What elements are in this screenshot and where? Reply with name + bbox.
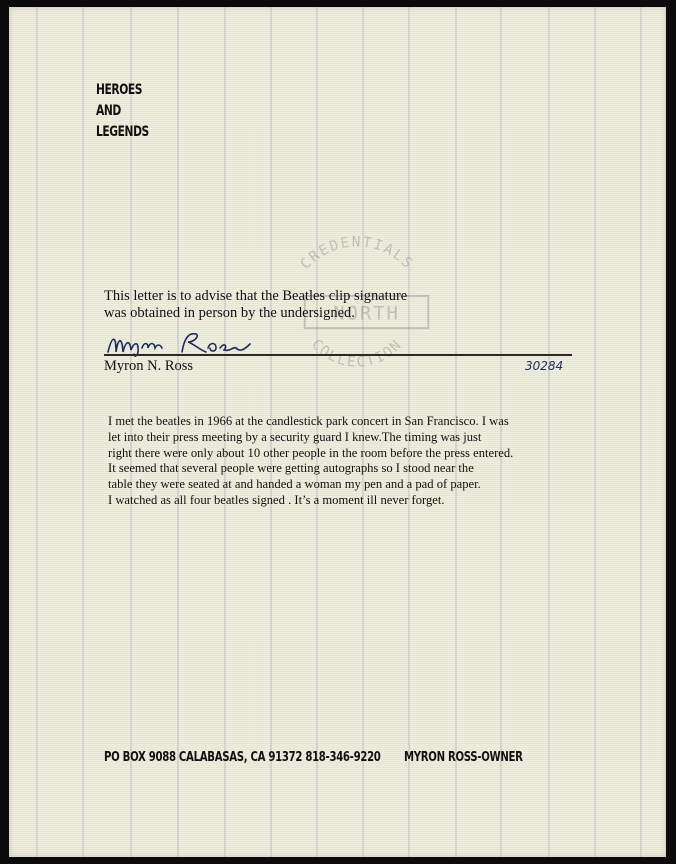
brand-line: LEGENDS	[96, 122, 149, 143]
paper-rule-line	[36, 7, 38, 857]
paper-rule-line	[594, 7, 596, 857]
letterhead-logo: HEROES AND LEGENDS	[96, 80, 149, 143]
brand-line: AND	[96, 101, 149, 122]
brand-line: HEROES	[96, 80, 149, 101]
footer-address: PO BOX 9088 CALABASAS, CA 91372 818-346-…	[104, 750, 381, 765]
paper-rule-line	[640, 7, 642, 857]
story-line: let into their press meeting by a securi…	[108, 430, 568, 446]
story-paragraph: I met the beatles in 1966 at the candles…	[108, 414, 568, 509]
story-line: I watched as all four beatles signed . I…	[108, 493, 568, 509]
story-line: I met the beatles in 1966 at the candles…	[108, 414, 568, 430]
story-line: It seemed that several people were getti…	[108, 461, 568, 477]
intro-paragraph: This letter is to advise that the Beatle…	[104, 288, 407, 322]
story-line: right there were only about 10 other peo…	[108, 446, 568, 462]
signer-name: Myron N. Ross	[104, 358, 193, 375]
letterhead-footer: PO BOX 9088 CALABASAS, CA 91372 818-346-…	[104, 750, 523, 765]
intro-line: was obtained in person by the undersigne…	[104, 305, 407, 322]
signature-line	[104, 354, 572, 356]
intro-line: This letter is to advise that the Beatle…	[104, 288, 407, 305]
footer-owner: MYRON ROSS-OWNER	[404, 750, 523, 765]
reference-number: 30284	[525, 359, 563, 373]
story-line: table they were seated at and handed a w…	[108, 477, 568, 493]
svg-text:CREDENTIALS: CREDENTIALS	[298, 235, 417, 273]
paper-rule-line	[82, 7, 84, 857]
